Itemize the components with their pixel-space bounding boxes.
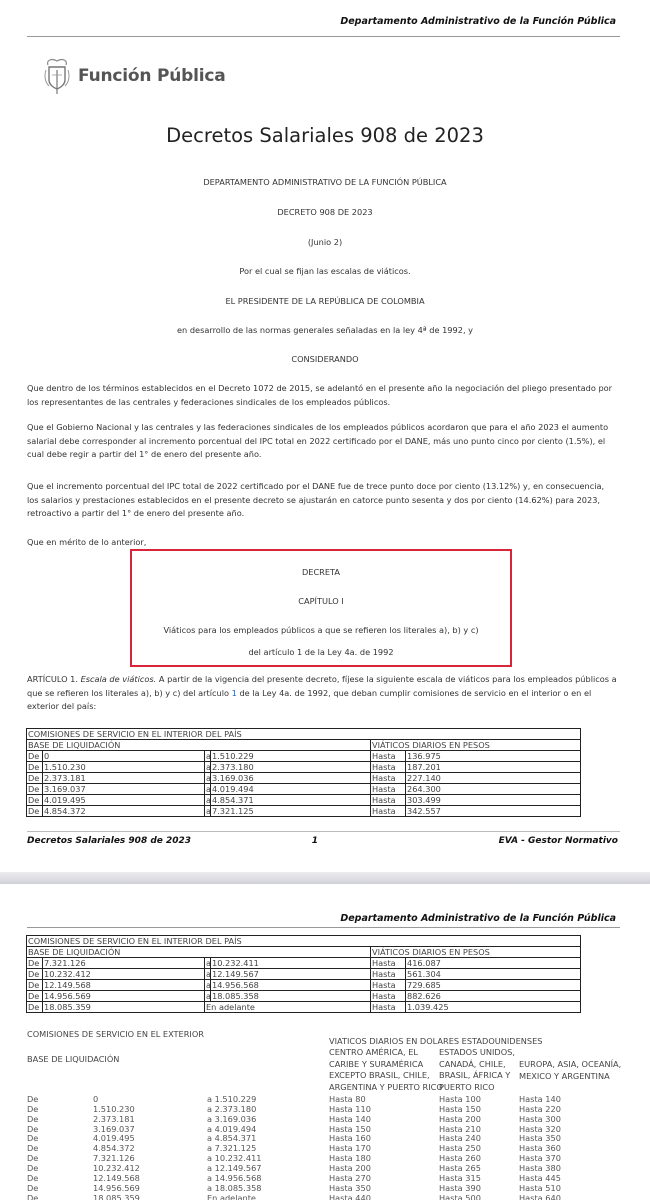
document-title: Decretos Salariales 908 de 2023 xyxy=(0,124,650,147)
range-from: 4.019.495 xyxy=(43,795,205,806)
logo-text: Función Pública xyxy=(78,66,226,86)
range-from: 12.149.568 xyxy=(43,980,205,991)
viaticos-header: VIÁTICOS DIARIOS EN PESOS xyxy=(371,740,581,751)
range-from: 18.085.359 xyxy=(93,1193,140,1200)
zone-value-z2: Hasta 150 xyxy=(439,1104,481,1114)
de-label: De xyxy=(27,784,43,795)
de-label: De xyxy=(27,1193,38,1200)
zone-value-z2: Hasta 265 xyxy=(439,1163,481,1173)
range-to: 10.232.411 xyxy=(211,958,371,969)
de-label: De xyxy=(27,1002,43,1013)
range-from: 12.149.568 xyxy=(93,1173,140,1183)
range-from: 4.854.372 xyxy=(43,806,205,817)
zone-value-z3: Hasta 360 xyxy=(519,1143,561,1153)
hasta-label: Hasta xyxy=(371,784,406,795)
zone-header-line: EXCEPTO BRASIL, CHILE, xyxy=(329,1070,443,1082)
viatico-value: 227.140 xyxy=(406,773,581,784)
zone-value-z2: Hasta 500 xyxy=(439,1193,481,1200)
range-to: 4.854.371 xyxy=(211,795,371,806)
de-label: De xyxy=(27,969,43,980)
zone-value-z2: Hasta 200 xyxy=(439,1114,481,1124)
range-from: 2.373.181 xyxy=(43,773,205,784)
de-label: De xyxy=(27,795,43,806)
viatico-value: 187.201 xyxy=(406,762,581,773)
viatico-value: 136.975 xyxy=(406,751,581,762)
zone-header-line: ARGENTINA Y PUERTO RICO xyxy=(329,1082,443,1094)
de-label: De xyxy=(27,958,43,969)
zone-value-z3: Hasta 140 xyxy=(519,1094,561,1104)
running-header: Departamento Administrativo de la Funció… xyxy=(340,16,616,27)
range-to: a 1.510.229 xyxy=(207,1094,256,1104)
range-from: 4.854.372 xyxy=(93,1143,135,1153)
zone-value-z3: Hasta 640 xyxy=(519,1193,561,1200)
considerando-paragraph: Que dentro de los términos establecidos … xyxy=(27,382,617,409)
range-from: 4.019.495 xyxy=(93,1133,135,1143)
zone-value-z2: Hasta 390 xyxy=(439,1183,481,1193)
range-to: 7.321.125 xyxy=(211,806,371,817)
range-to: a 14.956.568 xyxy=(207,1173,262,1183)
range-from: 18.085.359 xyxy=(43,1002,205,1013)
a-label: a xyxy=(205,980,211,991)
considerando-paragraph: Que en mérito de lo anterior, xyxy=(27,536,617,550)
viaticos-header: VIÁTICOS DIARIOS EN PESOS xyxy=(371,947,581,958)
zone-header-line: CENTRO AMÉRICA, EL xyxy=(329,1047,443,1059)
a-label: a xyxy=(205,795,211,806)
article-italic-title: Escala de viáticos. xyxy=(81,674,157,684)
hasta-label: Hasta xyxy=(371,969,406,980)
de-label: De xyxy=(27,1153,38,1163)
de-label: De xyxy=(27,991,43,1002)
decree-purpose: Por el cual se fijan las escalas de viát… xyxy=(0,266,650,276)
de-label: De xyxy=(27,806,43,817)
hasta-label: Hasta xyxy=(371,991,406,1002)
exterior-base-header: BASE DE LIQUIDACIÓN xyxy=(27,1054,119,1066)
zone-header-line: MEXICO Y ARGENTINA xyxy=(519,1071,621,1083)
zone-header-line: ESTADOS UNIDOS, xyxy=(439,1047,515,1059)
zone-value-z1: Hasta 110 xyxy=(329,1104,371,1114)
table-row: De0a1.510.229Hasta136.975 xyxy=(27,751,581,762)
table-row: De14.956.569a18.085.358Hasta882.626 xyxy=(27,991,581,1002)
range-to: 1.510.229 xyxy=(211,751,371,762)
de-label: De xyxy=(27,751,43,762)
range-to: a 4.019.494 xyxy=(207,1124,256,1134)
zone-value-z3: Hasta 300 xyxy=(519,1114,561,1124)
considerando-heading: CONSIDERANDO xyxy=(0,354,650,364)
interior-viaticos-table-page-2: COMISIONES DE SERVICIO EN EL INTERIOR DE… xyxy=(26,935,581,1013)
a-label: a xyxy=(205,773,211,784)
table-row: De10.232.412a12.149.567Hasta561.304 xyxy=(27,969,581,980)
range-from: 1.510.230 xyxy=(43,762,205,773)
range-to: En adelante xyxy=(205,1002,371,1013)
zone-value-z2: Hasta 250 xyxy=(439,1143,481,1153)
zone-value-z2: Hasta 315 xyxy=(439,1173,481,1183)
zone-value-z3: Hasta 445 xyxy=(519,1173,561,1183)
zone-3-header: EUROPA, ASIA, OCEANÍA,MEXICO Y ARGENTINA xyxy=(519,1059,621,1082)
a-label: a xyxy=(205,762,211,773)
range-to: 18.085.358 xyxy=(211,991,371,1002)
hasta-label: Hasta xyxy=(371,751,406,762)
range-from: 3.169.037 xyxy=(93,1124,135,1134)
footer-system-name: EVA - Gestor Normativo xyxy=(499,836,618,846)
table-row: De12.149.568a14.956.568Hasta729.685 xyxy=(27,980,581,991)
a-label: a xyxy=(205,784,211,795)
zone-value-z3: Hasta 350 xyxy=(519,1133,561,1143)
funcion-publica-logo: Función Pública xyxy=(42,56,226,96)
range-to: 14.956.568 xyxy=(211,980,371,991)
range-to: 4.019.494 xyxy=(211,784,371,795)
page-divider xyxy=(0,872,650,884)
range-from: 0 xyxy=(43,751,205,762)
range-to: 2.373.180 xyxy=(211,762,371,773)
base-header: BASE DE LIQUIDACIÓN xyxy=(27,947,371,958)
a-label: a xyxy=(205,969,211,980)
range-to: a 3.169.036 xyxy=(207,1114,256,1124)
de-label: De xyxy=(27,980,43,991)
exterior-viaticos-header: VIATICOS DIARIOS EN DOLARES ESTADOUNIDEN… xyxy=(329,1036,542,1048)
range-to: a 2.373.180 xyxy=(207,1104,256,1114)
zone-header-line: EUROPA, ASIA, OCEANÍA, xyxy=(519,1059,621,1071)
viatico-value: 416.087 xyxy=(406,958,581,969)
de-label: De xyxy=(27,1163,38,1173)
viatico-value: 882.626 xyxy=(406,991,581,1002)
table-row: De7.321.126a10.232.411Hasta416.087 xyxy=(27,958,581,969)
viatico-value: 264.300 xyxy=(406,784,581,795)
hasta-label: Hasta xyxy=(371,1002,406,1013)
article-label: ARTÍCULO 1. xyxy=(27,674,78,684)
considerando-paragraph: Que el Gobierno Nacional y las centrales… xyxy=(27,421,617,462)
a-label: a xyxy=(205,806,211,817)
range-from: 7.321.126 xyxy=(93,1153,135,1163)
decree-date: (Junio 2) xyxy=(0,237,650,247)
article-1-link[interactable]: 1 xyxy=(232,688,237,698)
zone-header-line: BRASIL, ÁFRICA Y xyxy=(439,1070,515,1082)
zone-value-z1: Hasta 80 xyxy=(329,1094,366,1104)
range-to: En adelante xyxy=(207,1193,256,1200)
range-from: 10.232.412 xyxy=(43,969,205,980)
viatico-value: 729.685 xyxy=(406,980,581,991)
range-to: a 10.232.411 xyxy=(207,1153,262,1163)
range-from: 7.321.126 xyxy=(43,958,205,969)
zone-value-z3: Hasta 380 xyxy=(519,1163,561,1173)
table-row: De3.169.037a4.019.494Hasta264.300 xyxy=(27,784,581,795)
hasta-label: Hasta xyxy=(371,773,406,784)
article-1-paragraph: ARTÍCULO 1. Escala de viáticos. A partir… xyxy=(27,673,617,714)
de-label: De xyxy=(27,1094,38,1104)
range-to: a 7.321.125 xyxy=(207,1143,256,1153)
de-label: De xyxy=(27,1173,38,1183)
zone-value-z3: Hasta 220 xyxy=(519,1104,561,1114)
zone-value-z1: Hasta 150 xyxy=(329,1124,371,1134)
zone-value-z1: Hasta 160 xyxy=(329,1133,371,1143)
chapter-title-line-2: del artículo 1 de la Ley 4a. de 1992 xyxy=(132,647,510,657)
range-to: 12.149.567 xyxy=(211,969,371,980)
chapter-title-line-1: Viáticos para los empleados públicos a q… xyxy=(132,625,510,635)
document-page-1: Departamento Administrativo de la Funció… xyxy=(0,0,650,857)
header-rule xyxy=(27,927,620,928)
de-label: De xyxy=(27,1114,38,1124)
zone-value-z2: Hasta 210 xyxy=(439,1124,481,1134)
range-from: 14.956.569 xyxy=(43,991,205,1002)
chapter-heading: CAPÍTULO I xyxy=(132,596,510,606)
hasta-label: Hasta xyxy=(371,980,406,991)
legal-basis: en desarrollo de las normas generales se… xyxy=(0,325,650,335)
issuer: EL PRESIDENTE DE LA REPÚBLICA DE COLOMBI… xyxy=(0,296,650,306)
zone-value-z1: Hasta 440 xyxy=(329,1193,371,1200)
table-row: De18.085.359En adelanteHasta 440Hasta 50… xyxy=(0,1193,650,1200)
footer-document-name: Decretos Salariales 908 de 2023 xyxy=(27,836,191,846)
range-to: a 4.854.371 xyxy=(207,1133,256,1143)
table-row: De18.085.359En adelanteHasta1.039.425 xyxy=(27,1002,581,1013)
decree-number: DECRETO 908 DE 2023 xyxy=(0,207,650,217)
table-title: COMISIONES DE SERVICIO EN EL INTERIOR DE… xyxy=(27,936,581,947)
de-label: De xyxy=(27,1104,38,1114)
zone-value-z1: Hasta 270 xyxy=(329,1173,371,1183)
viatico-value: 342.557 xyxy=(406,806,581,817)
base-header: BASE DE LIQUIDACIÓN xyxy=(27,740,371,751)
range-from: 2.373.181 xyxy=(93,1114,135,1124)
zone-header-line: CARIBE Y SURAMÉRICA xyxy=(329,1059,443,1071)
zone-value-z1: Hasta 140 xyxy=(329,1114,371,1124)
range-from: 3.169.037 xyxy=(43,784,205,795)
zone-value-z1: Hasta 170 xyxy=(329,1143,371,1153)
range-from: 10.232.412 xyxy=(93,1163,140,1173)
hasta-label: Hasta xyxy=(371,762,406,773)
hasta-label: Hasta xyxy=(371,795,406,806)
zone-1-header: CENTRO AMÉRICA, ELCARIBE Y SURAMÉRICAEXC… xyxy=(329,1047,443,1093)
range-to: a 12.149.567 xyxy=(207,1163,262,1173)
running-header: Departamento Administrativo de la Funció… xyxy=(340,913,616,924)
zone-value-z1: Hasta 350 xyxy=(329,1183,371,1193)
zone-value-z1: Hasta 200 xyxy=(329,1163,371,1173)
issuing-department: DEPARTAMENTO ADMINISTRATIVO DE LA FUNCIÓ… xyxy=(0,177,650,187)
considerando-paragraph: Que el incremento porcentual del IPC tot… xyxy=(27,480,617,521)
de-label: De xyxy=(27,762,43,773)
viatico-value: 561.304 xyxy=(406,969,581,980)
document-page-2: Departamento Administrativo de la Funció… xyxy=(0,893,650,1200)
table-row: De4.854.372a7.321.125Hasta342.557 xyxy=(27,806,581,817)
page-footer: Decretos Salariales 908 de 2023 1 EVA - … xyxy=(27,836,618,846)
a-label: a xyxy=(205,991,211,1002)
interior-viaticos-table-page-1: COMISIONES DE SERVICIO EN EL INTERIOR DE… xyxy=(26,728,581,817)
decreta-heading: DECRETA xyxy=(132,567,510,577)
zone-value-z3: Hasta 510 xyxy=(519,1183,561,1193)
range-to: a 18.085.358 xyxy=(207,1183,262,1193)
page-number: 1 xyxy=(312,836,318,846)
range-to: 3.169.036 xyxy=(211,773,371,784)
zone-value-z3: Hasta 320 xyxy=(519,1124,561,1134)
zone-value-z2: Hasta 240 xyxy=(439,1133,481,1143)
footer-rule xyxy=(27,831,620,832)
de-label: De xyxy=(27,773,43,784)
de-label: De xyxy=(27,1143,38,1153)
zone-value-z2: Hasta 260 xyxy=(439,1153,481,1163)
table-row: De2.373.181a3.169.036Hasta227.140 xyxy=(27,773,581,784)
exterior-table-title: COMISIONES DE SERVICIO EN EL EXTERIOR xyxy=(27,1029,204,1041)
range-from: 14.956.569 xyxy=(93,1183,140,1193)
zone-header-line: PUERTO RICO xyxy=(439,1082,515,1094)
hasta-label: Hasta xyxy=(371,958,406,969)
highlighted-decreta-box: DECRETA CAPÍTULO I Viáticos para los emp… xyxy=(130,549,512,667)
table-title: COMISIONES DE SERVICIO EN EL INTERIOR DE… xyxy=(27,729,581,740)
colombia-coat-of-arms-icon xyxy=(42,56,72,96)
a-label: a xyxy=(205,958,211,969)
zone-value-z3: Hasta 370 xyxy=(519,1153,561,1163)
header-rule xyxy=(27,36,620,37)
viatico-value: 303.499 xyxy=(406,795,581,806)
de-label: De xyxy=(27,1124,38,1134)
zone-2-header: ESTADOS UNIDOS,CANADÁ, CHILE,BRASIL, ÁFR… xyxy=(439,1047,515,1093)
zone-value-z1: Hasta 180 xyxy=(329,1153,371,1163)
viatico-value: 1.039.425 xyxy=(406,1002,581,1013)
range-from: 0 xyxy=(93,1094,98,1104)
table-row: De4.019.495a4.854.371Hasta303.499 xyxy=(27,795,581,806)
de-label: De xyxy=(27,1183,38,1193)
de-label: De xyxy=(27,1133,38,1143)
zone-header-line: CANADÁ, CHILE, xyxy=(439,1059,515,1071)
hasta-label: Hasta xyxy=(371,806,406,817)
zone-value-z2: Hasta 100 xyxy=(439,1094,481,1104)
table-row: De1.510.230a2.373.180Hasta187.201 xyxy=(27,762,581,773)
range-from: 1.510.230 xyxy=(93,1104,135,1114)
a-label: a xyxy=(205,751,211,762)
